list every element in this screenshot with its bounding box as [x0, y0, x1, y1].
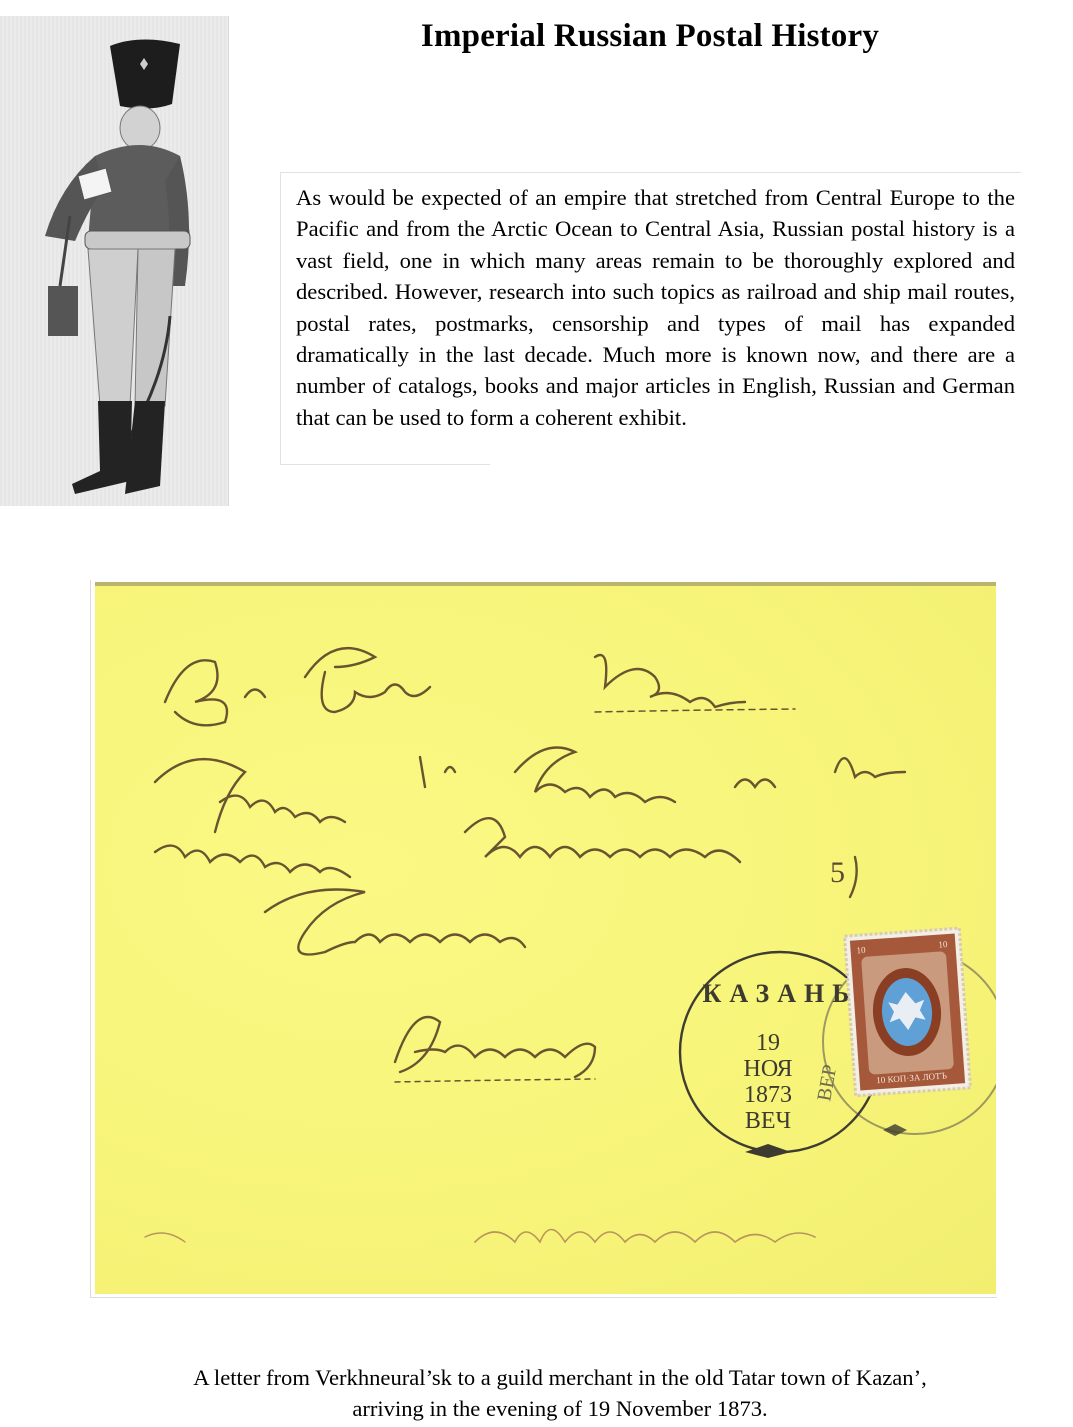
handwritten-address — [145, 648, 905, 1242]
intro-paragraph: As would be expected of an empire that s… — [296, 182, 1015, 433]
svg-text:КАЗАНЬ: КАЗАНЬ — [703, 979, 858, 1008]
postman-illustration — [0, 16, 229, 506]
svg-text:5: 5 — [830, 856, 845, 889]
caption-line-2: arriving in the evening of 19 November 1… — [100, 1393, 1020, 1424]
envelope-drawing-icon: 5 КАЗАНЬ 19 НОЯ 1873 ВЕЧ ВЕР 10 КОП·ЗА Л… — [95, 582, 996, 1294]
envelope-caption: A letter from Verkhneural’sk to a guild … — [100, 1362, 1020, 1424]
svg-text:1873: 1873 — [744, 1082, 792, 1108]
svg-text:ВЕЧ: ВЕЧ — [745, 1108, 791, 1134]
caption-line-1: A letter from Verkhneural’sk to a guild … — [100, 1362, 1020, 1393]
envelope-image: 5 КАЗАНЬ 19 НОЯ 1873 ВЕЧ ВЕР 10 КОП·ЗА Л… — [95, 582, 996, 1294]
postman-drawing-icon — [0, 16, 228, 506]
svg-text:НОЯ: НОЯ — [744, 1056, 793, 1082]
ten-kopeck-stamp: 10 КОП·ЗА ЛОТЪ 10 10 — [845, 928, 971, 1096]
page-title: Imperial Russian Postal History — [280, 18, 1020, 55]
svg-text:19: 19 — [756, 1030, 780, 1056]
divider — [280, 464, 490, 465]
svg-text:ВЕР: ВЕР — [813, 1063, 841, 1103]
svg-text:10: 10 — [938, 939, 948, 950]
svg-text:10: 10 — [856, 945, 866, 956]
